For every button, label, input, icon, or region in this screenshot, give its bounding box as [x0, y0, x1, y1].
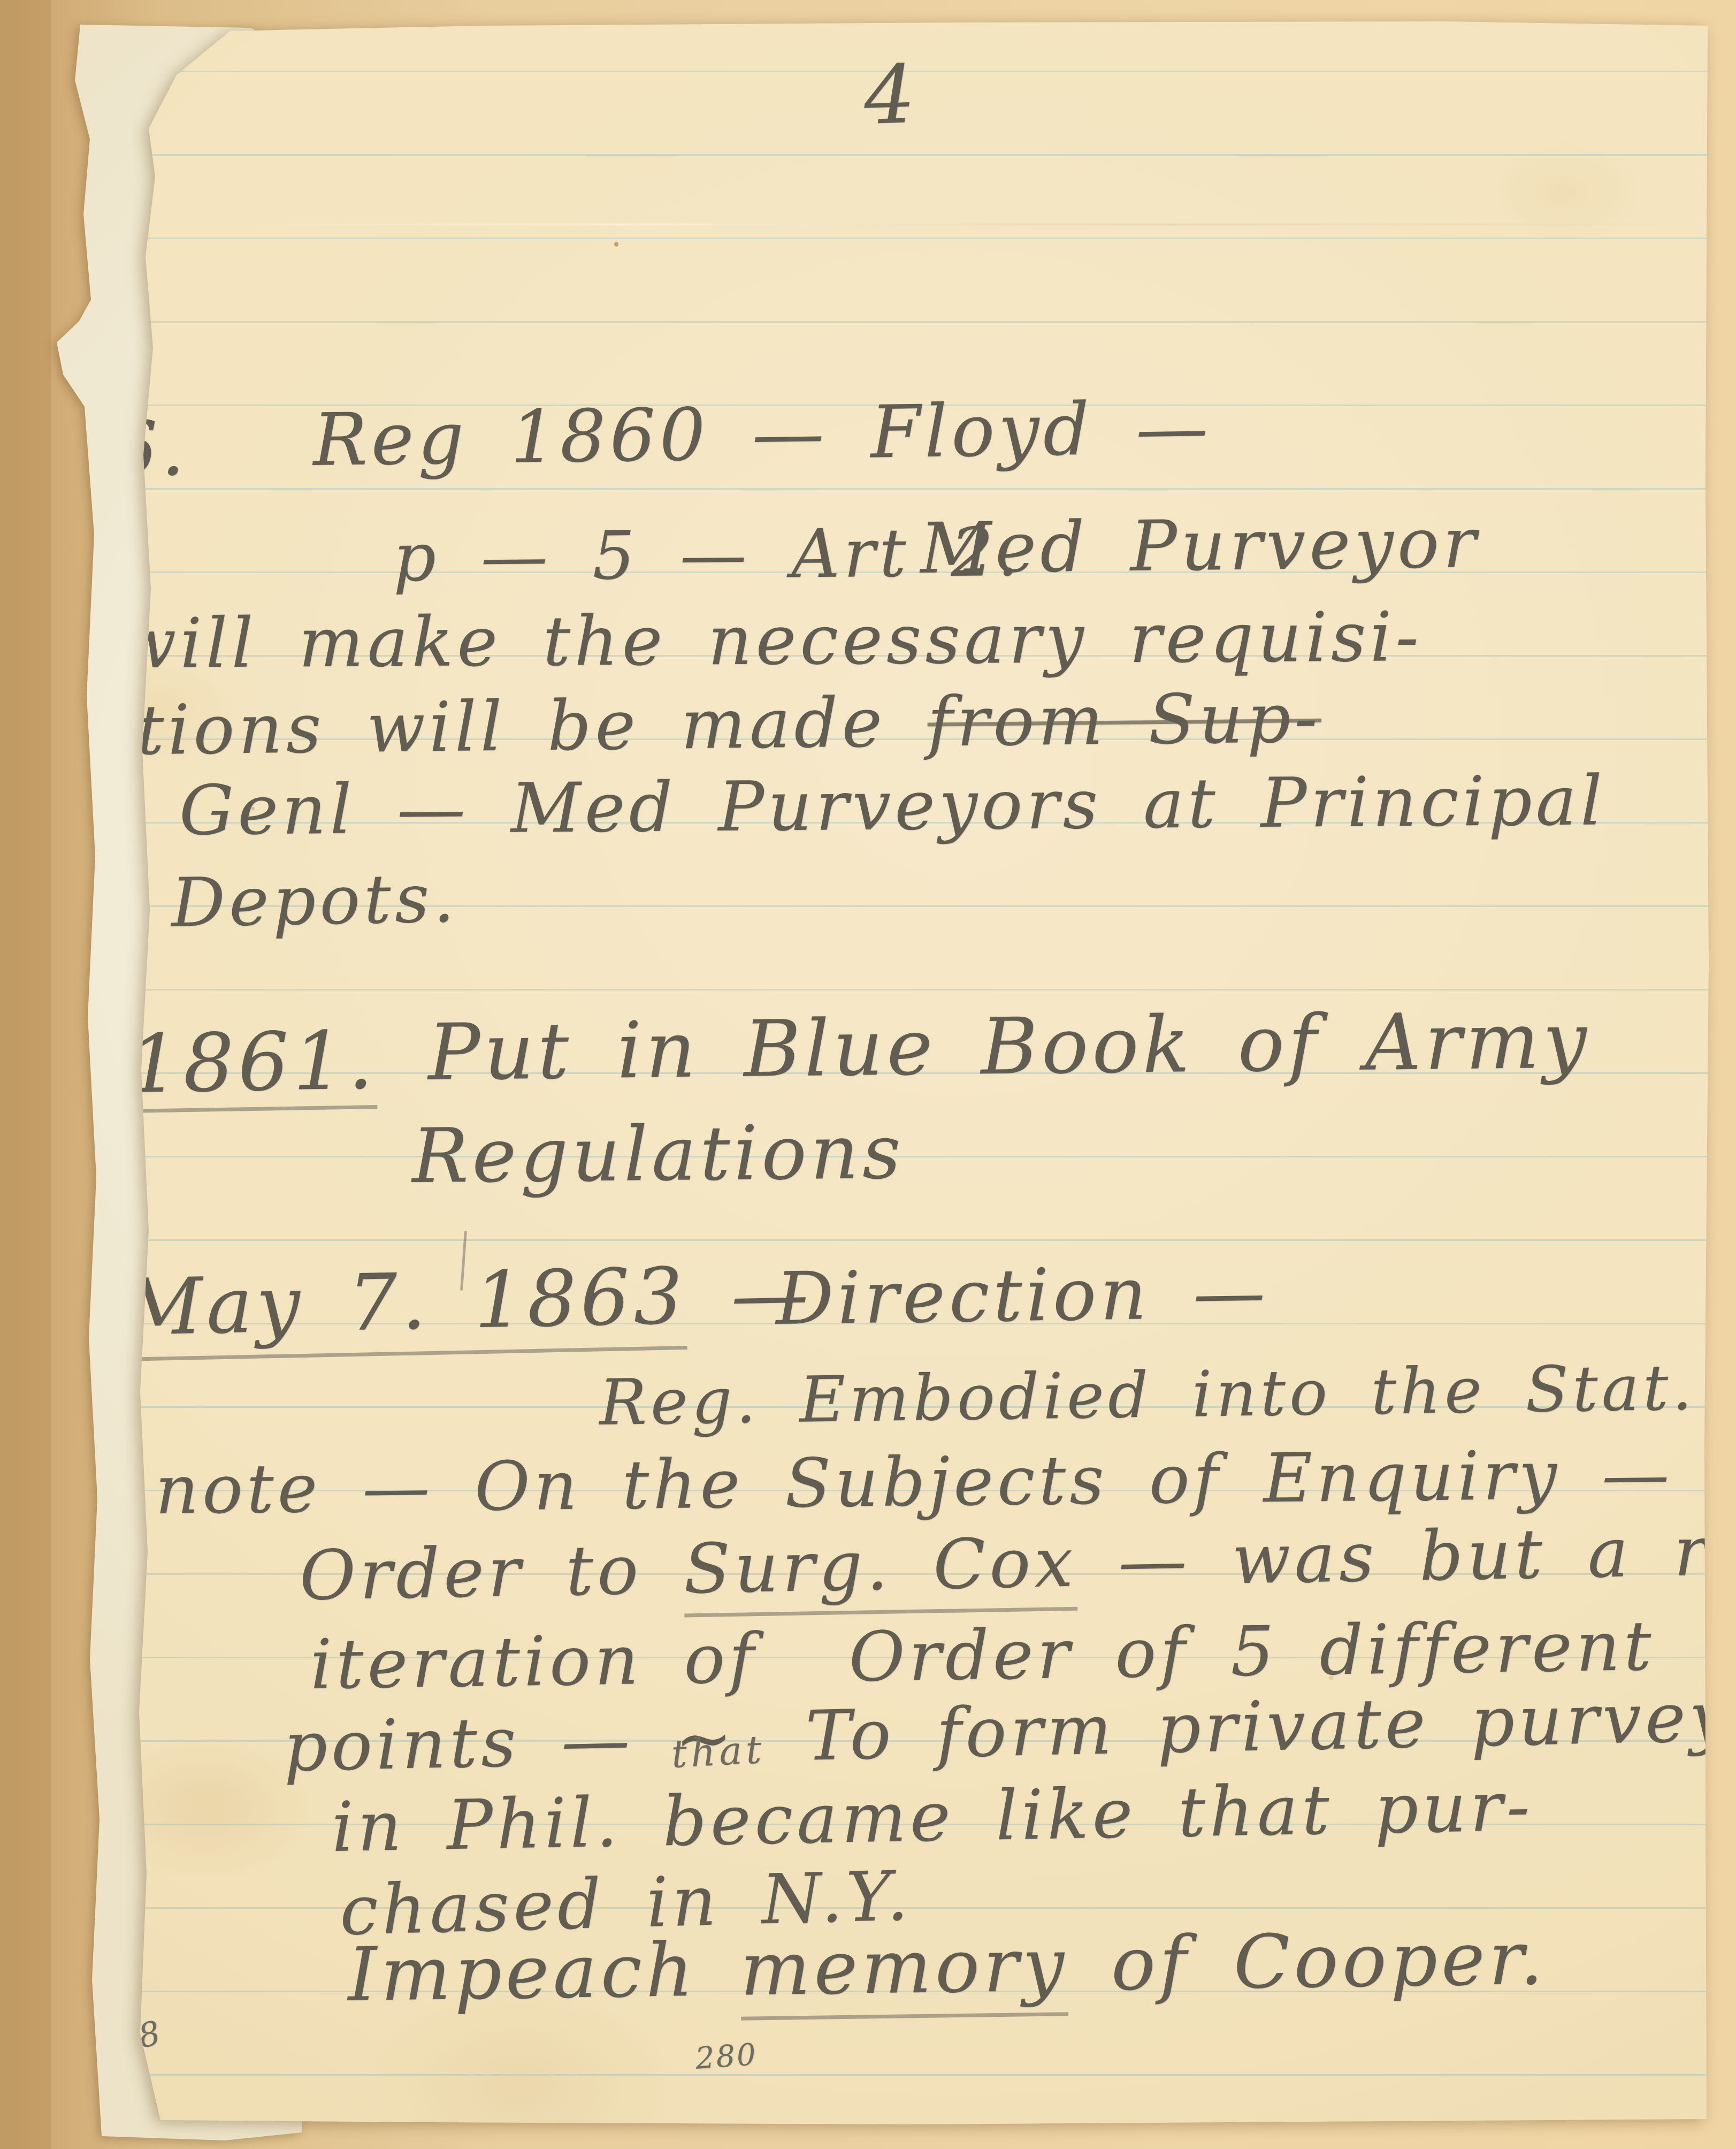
handwritten-line-depots: Depots. [171, 865, 459, 937]
catalog-number: 7038 [69, 2016, 165, 2067]
paper-speck [614, 242, 618, 247]
line-text: — was but a re- [1076, 1511, 1736, 1603]
handwritten-line-order: Order to Surg. Cox — was but a re- [299, 1517, 1736, 1611]
line-text: tions will be made [136, 683, 928, 771]
manuscript-sheet: 4 6. Reg 1860 — Floyd — p — 5 — Art 2. M… [0, 0, 1736, 2149]
underlined-memory: memory [739, 1922, 1068, 2021]
handwritten-line-regulations: Regulations [411, 1115, 905, 1194]
folio-number: 280 [694, 2040, 759, 2074]
line-text: Impeach [347, 1926, 741, 2018]
handwritten-line: Genl — Med Purveyors at Principal [179, 767, 1607, 845]
line-text: iteration of [310, 1619, 759, 1705]
handwritten-line-with-strikethrough: tions will be made from Sup- [136, 684, 1321, 765]
paper-crease [171, 224, 1693, 225]
handwritten-line-impeach: Impeach memory of Cooper. [347, 1922, 1547, 2012]
line-text: Order of 5 different [848, 1612, 1656, 1692]
line-text: Order to [299, 1529, 684, 1616]
handwritten-line-direction: Direction — [775, 1256, 1270, 1335]
handwritten-line-note: note — On the Subjects of Enquiry — [155, 1441, 1673, 1524]
item-number: 6. [110, 412, 189, 487]
line-text: of Cooper. [1067, 1915, 1547, 2008]
handwritten-line: will make the necessary requisi- [118, 603, 1423, 679]
scanned-document-page: 4 6. Reg 1860 — Floyd — p — 5 — Art 2. M… [0, 0, 1736, 2149]
handwritten-line-med-purveyor: Med Purveyor [920, 508, 1480, 583]
struck-out-text: from Sup- [927, 679, 1322, 763]
underlined-date: May 7. 1863 [122, 1251, 687, 1361]
handwritten-line-blue-book: Put in Blue Book of Army [427, 1002, 1590, 1092]
handwritten-date-line: May 7. 1863 — [122, 1255, 813, 1347]
handwritten-line: in Phil. became like that pur- [331, 1773, 1534, 1862]
handwritten-line-reg-1860: Reg 1860 — Floyd — [312, 392, 1212, 476]
line-text: points — ~ [282, 1698, 737, 1787]
manuscript-sheet-shadow-wrap: 4 6. Reg 1860 — Floyd — p — 5 — Art 2. M… [0, 0, 1736, 2149]
underlined-surg-cox: Surg. Cox [683, 1523, 1077, 1618]
handwritten-line: Reg. Embodied into the Stat. [599, 1355, 1696, 1434]
page-number: 4 [862, 54, 920, 136]
line-text: To form private purveying [805, 1681, 1736, 1771]
inserted-word-above-line: that [670, 1730, 766, 1773]
underlined-year-1861: 1861. [128, 1020, 378, 1113]
